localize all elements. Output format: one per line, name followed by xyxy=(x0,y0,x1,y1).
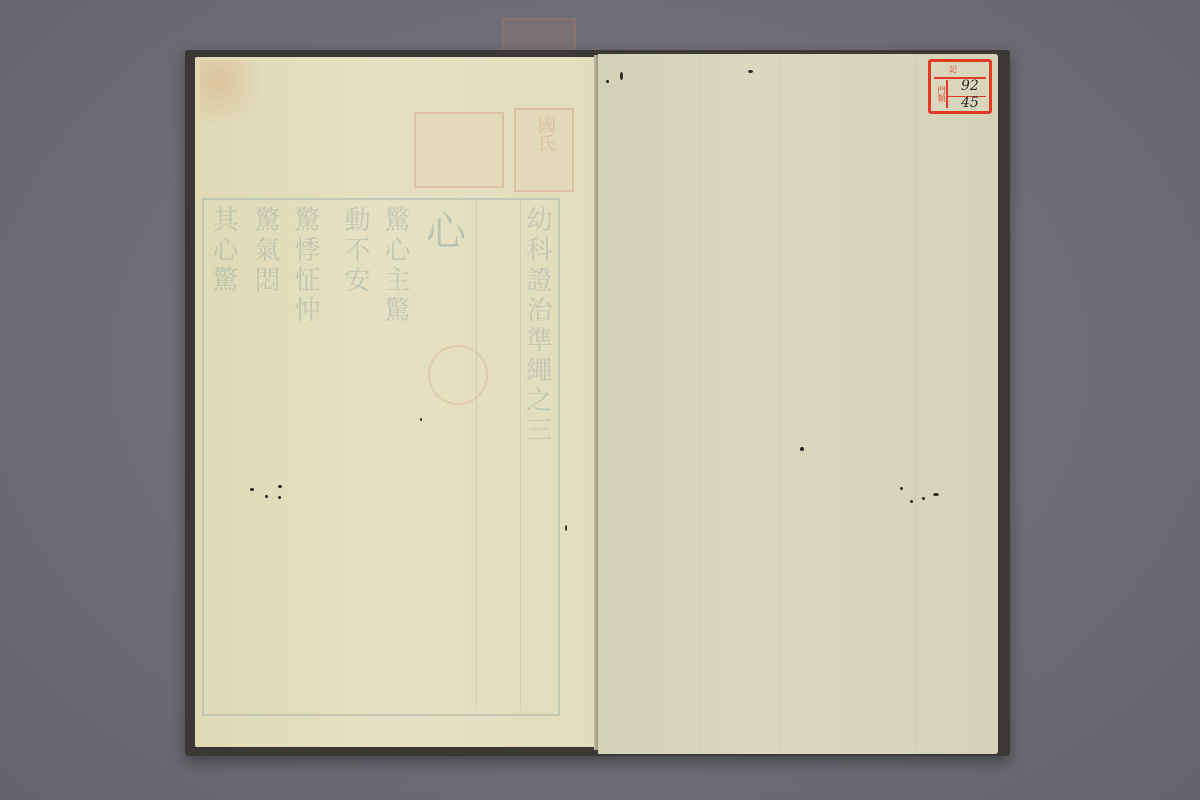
wormhole xyxy=(565,525,567,531)
ghost-seal-square-right: 國氏 xyxy=(514,108,574,192)
bleed-through-column: 其心驚 xyxy=(208,206,238,296)
paper-fiber-line xyxy=(700,60,701,750)
bleed-through-column: 幼科證治準繩之三 xyxy=(522,206,552,446)
paper-fiber-line xyxy=(915,60,916,750)
right-page xyxy=(598,54,998,754)
wormhole xyxy=(278,496,281,499)
ghost-seal-text: 國氏 xyxy=(532,116,558,152)
wormhole xyxy=(250,488,254,491)
stamp-side-label: 門類 xyxy=(934,80,948,108)
paper-fiber-line xyxy=(780,60,781,750)
stamp-number-1: 92 xyxy=(961,78,979,94)
stamp-header-text: 記 xyxy=(949,64,957,75)
edge-stain xyxy=(200,60,260,130)
column-rule xyxy=(520,200,521,710)
wormhole xyxy=(922,497,925,500)
stamp-header-line xyxy=(934,65,986,79)
wormhole xyxy=(933,493,939,496)
wormhole xyxy=(900,487,903,490)
column-rule xyxy=(476,200,477,710)
bleed-through-title: 心 xyxy=(426,200,466,257)
wormhole xyxy=(420,418,422,421)
stamp-number-2: 45 xyxy=(961,95,979,111)
bleed-through-column: 動不安 xyxy=(340,206,370,296)
wormhole xyxy=(748,70,753,73)
wormhole xyxy=(800,447,804,451)
library-call-number-stamp: 記 門類 92 45 xyxy=(928,59,992,114)
wormhole xyxy=(910,500,913,503)
ghost-seal-square-left xyxy=(414,112,504,188)
wormhole xyxy=(606,80,609,83)
wormhole xyxy=(265,495,268,498)
bleed-through-column: 驚氣悶 xyxy=(250,206,280,296)
bleed-through-column: 驚悸怔忡 xyxy=(290,206,320,326)
wormhole xyxy=(278,485,282,488)
ghost-seal-round xyxy=(428,345,488,405)
wormhole xyxy=(620,72,623,80)
bleed-through-column: 驚心主驚 xyxy=(380,206,410,326)
